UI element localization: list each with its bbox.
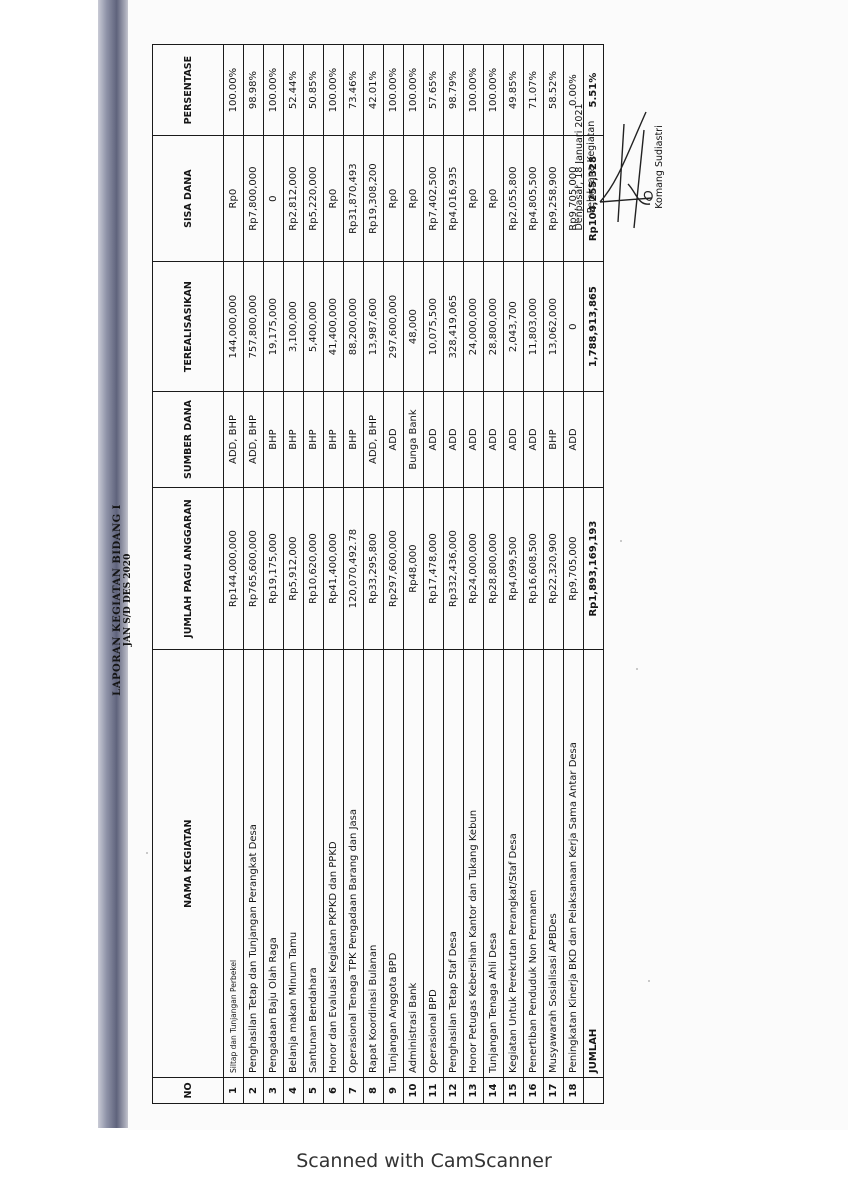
row-persentase: 42.01% <box>364 45 384 136</box>
row-no: 3 <box>264 1077 284 1103</box>
report-document: LAPORAN KEGIATAN BIDANG I JAN S/D DES 20… <box>112 40 672 1130</box>
row-pagu-anggaran: Rp765,600,000 <box>244 487 264 650</box>
row-sisa-dana: Rp2,055,800 <box>504 136 524 262</box>
row-sisa-dana: Rp7,402,500 <box>424 136 444 262</box>
row-sumber-dana: BHP <box>304 392 324 487</box>
row-no: 12 <box>444 1077 464 1103</box>
row-sisa-dana: 0 <box>264 136 284 262</box>
handwritten-signature <box>598 62 654 272</box>
activity-report-table: NO NAMA KEGIATAN JUMLAH PAGU ANGGARAN SU… <box>152 44 604 1104</box>
row-nama-kegiatan: Penertiban Penduduk Non Permanen <box>524 650 544 1078</box>
row-nama-kegiatan: Tunjangan Tenaga Ahli Desa <box>484 650 504 1078</box>
row-no: 8 <box>364 1077 384 1103</box>
row-terealisasikan: 328,419,065 <box>444 262 464 392</box>
row-no: 4 <box>284 1077 304 1103</box>
row-terealisasikan: 88,200,000 <box>344 262 364 392</box>
row-persentase: 100.00% <box>384 45 404 136</box>
row-nama-kegiatan: Penghasilan Tetap Staf Desa <box>444 650 464 1078</box>
row-nama-kegiatan: Administrasi Bank <box>404 650 424 1078</box>
row-sisa-dana: Rp0 <box>324 136 344 262</box>
row-terealisasikan: 13,987,600 <box>364 262 384 392</box>
row-no: 6 <box>324 1077 344 1103</box>
row-pagu-anggaran: Rp10,620,000 <box>304 487 324 650</box>
row-sisa-dana: Rp7,800,000 <box>244 136 264 262</box>
row-nama-kegiatan: Peningkatan Kinerja BKD dan Pelaksanaan … <box>564 650 584 1078</box>
signature-block: Denpasar, 18 Januari 2021 Pelaksana Kegi… <box>574 62 666 272</box>
row-terealisasikan: 48,000 <box>404 262 424 392</box>
row-sisa-dana: Rp19,308,200 <box>364 136 384 262</box>
row-no: 7 <box>344 1077 364 1103</box>
signature-scribble-icon <box>598 92 654 242</box>
table-row: 15Kegiatan Untuk Perekrutan Perangkat/St… <box>504 45 524 1104</box>
row-sumber-dana: BHP <box>324 392 344 487</box>
row-persentase: 49.85% <box>504 45 524 136</box>
row-pagu-anggaran: Rp24,000,000 <box>464 487 484 650</box>
row-terealisasikan: 0 <box>564 262 584 392</box>
signature-name: Komang Sudiastri <box>654 62 666 272</box>
row-terealisasikan: 10,075,500 <box>424 262 444 392</box>
row-sumber-dana: ADD <box>384 392 404 487</box>
row-sisa-dana: Rp9,258,900 <box>544 136 564 262</box>
table-row: 7Operasional Tenaga TPK Pengadaan Barang… <box>344 45 364 1104</box>
row-pagu-anggaran: Rp332,436,000 <box>444 487 464 650</box>
report-title-block: LAPORAN KEGIATAN BIDANG I JAN S/D DES 20… <box>112 70 134 1130</box>
row-pagu-anggaran: Rp16,608,500 <box>524 487 544 650</box>
row-no: 9 <box>384 1077 404 1103</box>
row-terealisasikan: 144,000,000 <box>224 262 244 392</box>
row-sisa-dana: Rp5,220,000 <box>304 136 324 262</box>
row-sumber-dana: BHP <box>544 392 564 487</box>
row-persentase: 100.00% <box>224 45 244 136</box>
row-terealisasikan: 757,800,000 <box>244 262 264 392</box>
col-header-persentase: PERSENTASE <box>153 45 224 136</box>
row-pagu-anggaran: Rp28,800,000 <box>484 487 504 650</box>
col-header-pagu-anggaran: JUMLAH PAGU ANGGARAN <box>153 487 224 650</box>
table-row: 2Penghasilan Tetap dan Tunjangan Perangk… <box>244 45 264 1104</box>
row-sumber-dana: ADD <box>444 392 464 487</box>
row-pagu-anggaran: Rp297,600,000 <box>384 487 404 650</box>
signature-place-date: Denpasar, 18 Januari 2021 <box>574 62 586 272</box>
row-persentase: 100.00% <box>324 45 344 136</box>
row-pagu-anggaran: Rp5,912,000 <box>284 487 304 650</box>
row-sumber-dana: Bunga Bank <box>404 392 424 487</box>
row-no: 18 <box>564 1077 584 1103</box>
row-terealisasikan: 297,600,000 <box>384 262 404 392</box>
row-nama-kegiatan: Siltap dan Tunjangan Perbekel <box>224 650 244 1078</box>
table-row: 17Musyawarah Sosialisasi APBDesRp22,320,… <box>544 45 564 1104</box>
row-terealisasikan: 11,803,000 <box>524 262 544 392</box>
table-row: 4Belanja makan Minum TamuRp5,912,000BHP3… <box>284 45 304 1104</box>
total-no <box>584 1077 604 1103</box>
table-row: 6Honor dan Evaluasi Kegiatan PKPKD dan P… <box>324 45 344 1104</box>
row-no: 2 <box>244 1077 264 1103</box>
row-pagu-anggaran: Rp22,320,900 <box>544 487 564 650</box>
row-persentase: 57.65% <box>424 45 444 136</box>
row-sumber-dana: ADD, BHP <box>224 392 244 487</box>
total-realisasi: 1,788,913,865 <box>584 262 604 392</box>
table-row: 3Pengadaan Baju Olah RagaRp19,175,000BHP… <box>264 45 284 1104</box>
row-nama-kegiatan: Operasional Tenaga TPK Pengadaan Barang … <box>344 650 364 1078</box>
table-row: 13Honor Petugas Kebersihan Kantor dan Tu… <box>464 45 484 1104</box>
row-persentase: 98.79% <box>444 45 464 136</box>
table-row: 8Rapat Koordinasi BulananRp33,295,800ADD… <box>364 45 384 1104</box>
row-persentase: 52.44% <box>284 45 304 136</box>
row-sisa-dana: Rp31,870,493 <box>344 136 364 262</box>
table-row: 10Administrasi BankRp48,000Bunga Bank48,… <box>404 45 424 1104</box>
row-terealisasikan: 2,043,700 <box>504 262 524 392</box>
col-header-terealisasikan: TEREALISASIKAN <box>153 262 224 392</box>
row-terealisasikan: 5,400,000 <box>304 262 324 392</box>
signature-role: Pelaksana Kegiatan <box>586 62 598 272</box>
row-pagu-anggaran: Rp9,705,000 <box>564 487 584 650</box>
row-terealisasikan: 28,800,000 <box>484 262 504 392</box>
row-nama-kegiatan: Musyawarah Sosialisasi APBDes <box>544 650 564 1078</box>
row-no: 14 <box>484 1077 504 1103</box>
row-sisa-dana: Rp0 <box>484 136 504 262</box>
col-header-no: NO <box>153 1077 224 1103</box>
row-persentase: 73.46% <box>344 45 364 136</box>
table-row: 12Penghasilan Tetap Staf DesaRp332,436,0… <box>444 45 464 1104</box>
row-nama-kegiatan: Santunan Bendahara <box>304 650 324 1078</box>
row-terealisasikan: 13,062,000 <box>544 262 564 392</box>
row-terealisasikan: 24,000,000 <box>464 262 484 392</box>
row-sisa-dana: Rp0 <box>464 136 484 262</box>
row-sumber-dana: BHP <box>264 392 284 487</box>
row-sisa-dana: Rp4,016,935 <box>444 136 464 262</box>
report-title: LAPORAN KEGIATAN BIDANG I <box>112 70 123 1130</box>
row-sumber-dana: BHP <box>344 392 364 487</box>
row-sumber-dana: ADD <box>524 392 544 487</box>
row-persentase: 100.00% <box>404 45 424 136</box>
row-persentase: 71.07% <box>524 45 544 136</box>
row-terealisasikan: 3,100,000 <box>284 262 304 392</box>
row-nama-kegiatan: Honor dan Evaluasi Kegiatan PKPKD dan PP… <box>324 650 344 1078</box>
row-nama-kegiatan: Operasional BPD <box>424 650 444 1078</box>
table-body: 1Siltap dan Tunjangan PerbekelRp144,000,… <box>224 45 584 1104</box>
row-pagu-anggaran: Rp33,295,800 <box>364 487 384 650</box>
total-sumber <box>584 392 604 487</box>
row-sumber-dana: ADD <box>424 392 444 487</box>
row-sumber-dana: ADD, BHP <box>364 392 384 487</box>
row-pagu-anggaran: Rp19,175,000 <box>264 487 284 650</box>
row-sisa-dana: Rp0 <box>224 136 244 262</box>
row-persentase: 100.00% <box>464 45 484 136</box>
row-sumber-dana: ADD <box>564 392 584 487</box>
row-no: 13 <box>464 1077 484 1103</box>
row-sumber-dana: ADD, BHP <box>244 392 264 487</box>
row-no: 16 <box>524 1077 544 1103</box>
row-no: 1 <box>224 1077 244 1103</box>
row-sumber-dana: ADD <box>464 392 484 487</box>
row-pagu-anggaran: Rp144,000,000 <box>224 487 244 650</box>
row-sumber-dana: ADD <box>504 392 524 487</box>
col-header-sisa-dana: SISA DANA <box>153 136 224 262</box>
row-sisa-dana: Rp0 <box>404 136 424 262</box>
table-row: 14Tunjangan Tenaga Ahli DesaRp28,800,000… <box>484 45 504 1104</box>
table-header-row: NO NAMA KEGIATAN JUMLAH PAGU ANGGARAN SU… <box>153 45 224 1104</box>
total-pagu: Rp1,893,169,193 <box>584 487 604 650</box>
row-persentase: 58.52% <box>544 45 564 136</box>
table-row: 5Santunan BendaharaRp10,620,000BHP5,400,… <box>304 45 324 1104</box>
row-no: 11 <box>424 1077 444 1103</box>
row-sumber-dana: BHP <box>284 392 304 487</box>
row-terealisasikan: 19,175,000 <box>264 262 284 392</box>
row-nama-kegiatan: Rapat Koordinasi Bulanan <box>364 650 384 1078</box>
table-row: 9Tunjangan Anggota BPDRp297,600,000ADD29… <box>384 45 404 1104</box>
row-no: 10 <box>404 1077 424 1103</box>
row-persentase: 100.00% <box>264 45 284 136</box>
row-no: 5 <box>304 1077 324 1103</box>
col-header-nama-kegiatan: NAMA KEGIATAN <box>153 650 224 1078</box>
row-sisa-dana: Rp2,812,000 <box>284 136 304 262</box>
total-label: JUMLAH <box>584 650 604 1078</box>
row-pagu-anggaran: Rp17,478,000 <box>424 487 444 650</box>
row-nama-kegiatan: Belanja makan Minum Tamu <box>284 650 304 1078</box>
table-row: 1Siltap dan Tunjangan PerbekelRp144,000,… <box>224 45 244 1104</box>
table-row: 11Operasional BPDRp17,478,000ADD10,075,5… <box>424 45 444 1104</box>
row-no: 15 <box>504 1077 524 1103</box>
camscanner-watermark: Scanned with CamScanner <box>0 1150 848 1172</box>
row-persentase: 50.85% <box>304 45 324 136</box>
row-nama-kegiatan: Pengadaan Baju Olah Raga <box>264 650 284 1078</box>
row-sisa-dana: Rp4,805,500 <box>524 136 544 262</box>
row-nama-kegiatan: Tunjangan Anggota BPD <box>384 650 404 1078</box>
row-pagu-anggaran: Rp4,099,500 <box>504 487 524 650</box>
row-pagu-anggaran: 120,070,492.78 <box>344 487 364 650</box>
row-nama-kegiatan: Kegiatan Untuk Perekrutan Perangkat/Staf… <box>504 650 524 1078</box>
row-nama-kegiatan: Honor Petugas Kebersihan Kantor dan Tuka… <box>464 650 484 1078</box>
row-sumber-dana: ADD <box>484 392 504 487</box>
row-sisa-dana: Rp0 <box>384 136 404 262</box>
row-nama-kegiatan: Penghasilan Tetap dan Tunjangan Perangka… <box>244 650 264 1078</box>
table-row: 16Penertiban Penduduk Non PermanenRp16,6… <box>524 45 544 1104</box>
row-persentase: 98.98% <box>244 45 264 136</box>
row-persentase: 100.00% <box>484 45 504 136</box>
col-header-sumber-dana: SUMBER DANA <box>153 392 224 487</box>
row-no: 17 <box>544 1077 564 1103</box>
row-terealisasikan: 41,400,000 <box>324 262 344 392</box>
report-period: JAN S/D DES 2020 <box>123 70 134 1130</box>
row-pagu-anggaran: Rp41,400,000 <box>324 487 344 650</box>
row-pagu-anggaran: Rp48,000 <box>404 487 424 650</box>
